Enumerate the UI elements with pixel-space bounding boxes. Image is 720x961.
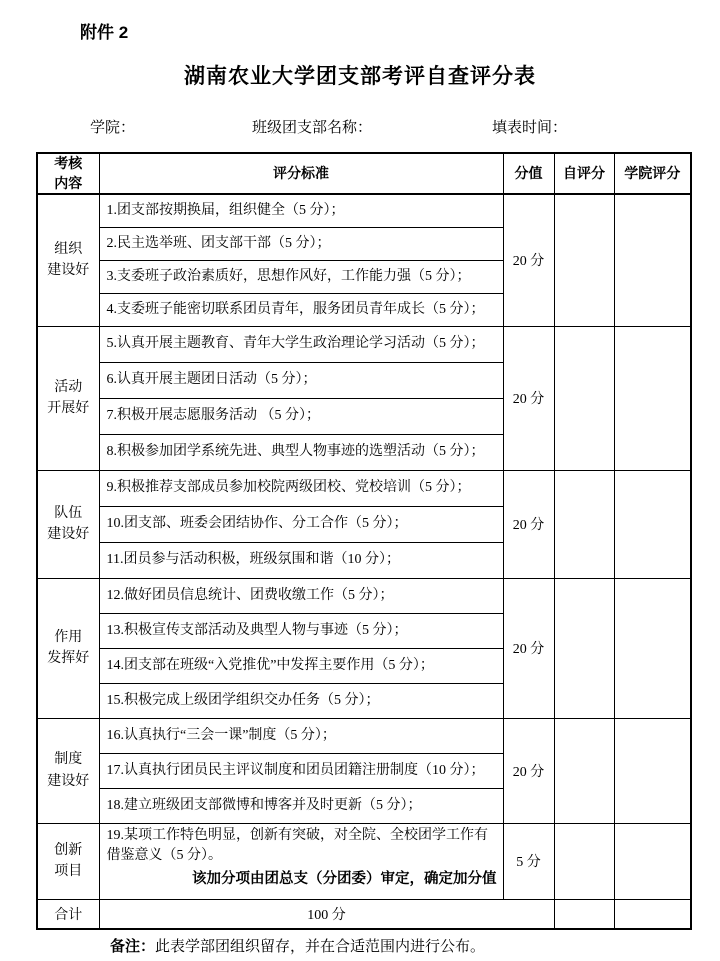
total-value: 100 分 <box>99 899 554 929</box>
score-cell: 20 分 <box>503 718 554 823</box>
criteria-cell: 19.某项工作特色明显，创新有突破，对全院、全校团学工作有借鉴意义（5 分）。 … <box>99 823 503 899</box>
table-header-row: 考核 内容 评分标准 分值 自评分 学院评分 <box>37 153 691 194</box>
college-score-cell <box>614 194 691 326</box>
self-score-cell <box>554 578 614 718</box>
college-score-cell <box>614 470 691 578</box>
category-cell: 队伍 建设好 <box>37 470 99 578</box>
remark-label: 备注： <box>110 938 155 955</box>
category-line1: 组织 <box>38 239 99 261</box>
self-score-cell <box>554 326 614 470</box>
criteria-cell: 8.积极参加团学系统先进、典型人物事迹的选塑活动（5 分）； <box>99 434 503 470</box>
category-cell: 活动 开展好 <box>37 326 99 470</box>
score-form-table: 考核 内容 评分标准 分值 自评分 学院评分 组织 建设好 1.团支部按期换届，… <box>36 152 692 930</box>
criteria-cell: 18.建立班级团支部微博和博客并及时更新（5 分）； <box>99 788 503 823</box>
criteria-cell: 10.团支部、班委会团结协作、分工合作（5 分）； <box>99 506 503 542</box>
header-criteria: 评分标准 <box>99 153 503 194</box>
self-score-cell <box>554 194 614 326</box>
category-line2: 发挥好 <box>38 648 99 670</box>
header-category-line1: 考核 <box>38 154 99 174</box>
table-row: 创新 项目 19.某项工作特色明显，创新有突破，对全院、全校团学工作有借鉴意义（… <box>37 823 691 899</box>
category-line2: 建设好 <box>38 771 99 793</box>
criteria-text: 19.某项工作特色明显，创新有突破，对全院、全校团学工作有借鉴意义（5 分）。 <box>107 826 499 867</box>
criteria-cell: 6.认真开展主题团日活动（5 分）； <box>99 362 503 398</box>
category-line2: 建设好 <box>38 260 99 282</box>
criteria-cell: 3.支委班子政治素质好，思想作风好，工作能力强（5 分）； <box>99 260 503 293</box>
criteria-cell: 14.团支部在班级“入党推优”中发挥主要作用（5 分）； <box>99 648 503 683</box>
bonus-review-note: 该加分项由团总支（分团委）审定，确定加分值 <box>107 869 499 890</box>
total-row: 合计 100 分 <box>37 899 691 929</box>
criteria-cell: 5.认真开展主题教育、青年大学生政治理论学习活动（5 分）； <box>99 326 503 362</box>
total-label: 合计 <box>37 899 99 929</box>
fill-date-field-label: 填表时间： <box>492 116 567 137</box>
table-row: 活动 开展好 5.认真开展主题教育、青年大学生政治理论学习活动（5 分）； 20… <box>37 326 691 362</box>
self-score-total-cell <box>554 899 614 929</box>
category-cell: 组织 建设好 <box>37 194 99 326</box>
self-score-cell <box>554 823 614 899</box>
remark-text: 此表学部团组织留存，并在合适范围内进行公布。 <box>155 939 485 955</box>
criteria-cell: 12.做好团员信息统计、团费收缴工作（5 分）； <box>99 578 503 613</box>
category-line1: 创新 <box>38 840 99 862</box>
college-score-cell <box>614 578 691 718</box>
table-row: 组织 建设好 1.团支部按期换届，组织健全（5 分）； 20 分 <box>37 194 691 227</box>
criteria-cell: 9.积极推荐支部成员参加校院两级团校、党校培训（5 分）； <box>99 470 503 506</box>
category-line2: 开展好 <box>38 398 99 420</box>
score-cell: 20 分 <box>503 578 554 718</box>
criteria-cell: 16.认真执行“三会一课”制度（5 分）； <box>99 718 503 753</box>
category-line2: 建设好 <box>38 524 99 546</box>
self-score-cell <box>554 718 614 823</box>
remark-note: 备注：此表学部团组织留存，并在合适范围内进行公布。 <box>110 935 485 956</box>
college-score-cell <box>614 718 691 823</box>
score-cell: 5 分 <box>503 823 554 899</box>
criteria-cell: 7.积极开展志愿服务活动 （5 分）； <box>99 398 503 434</box>
category-line1: 活动 <box>38 377 99 399</box>
criteria-cell: 17.认真执行团员民主评议制度和团员团籍注册制度（10 分）； <box>99 753 503 788</box>
college-field-label: 学院： <box>90 116 135 137</box>
category-line1: 队伍 <box>38 503 99 525</box>
table-row: 制度 建设好 16.认真执行“三会一课”制度（5 分）； 20 分 <box>37 718 691 753</box>
category-cell: 作用 发挥好 <box>37 578 99 718</box>
score-cell: 20 分 <box>503 326 554 470</box>
table-row: 作用 发挥好 12.做好团员信息统计、团费收缴工作（5 分）； 20 分 <box>37 578 691 613</box>
college-score-total-cell <box>614 899 691 929</box>
criteria-cell: 15.积极完成上级团学组织交办任务（5 分）； <box>99 683 503 718</box>
attachment-label: 附件 2 <box>80 18 128 43</box>
category-line2: 项目 <box>38 861 99 883</box>
self-score-cell <box>554 470 614 578</box>
college-score-cell <box>614 326 691 470</box>
college-score-cell <box>614 823 691 899</box>
header-score: 分值 <box>503 153 554 194</box>
criteria-cell: 2.民主选举班、团支部干部（5 分）； <box>99 227 503 260</box>
criteria-cell: 1.团支部按期换届，组织健全（5 分）； <box>99 194 503 227</box>
branch-name-field-label: 班级团支部名称： <box>252 116 372 137</box>
header-self-score: 自评分 <box>554 153 614 194</box>
category-line1: 制度 <box>38 749 99 771</box>
page-title: 湖南农业大学团支部考评自查评分表 <box>0 60 720 90</box>
criteria-cell: 13.积极宣传支部活动及典型人物与事迹（5 分）； <box>99 613 503 648</box>
criteria-cell: 11.团员参与活动积极，班级氛围和谐（10 分）； <box>99 542 503 578</box>
score-cell: 20 分 <box>503 194 554 326</box>
header-college-score: 学院评分 <box>614 153 691 194</box>
header-category-line2: 内容 <box>38 174 99 194</box>
score-cell: 20 分 <box>503 470 554 578</box>
category-line1: 作用 <box>38 627 99 649</box>
criteria-cell: 4.支委班子能密切联系团员青年，服务团员青年成长（5 分）； <box>99 293 503 326</box>
header-category: 考核 内容 <box>37 153 99 194</box>
category-cell: 创新 项目 <box>37 823 99 899</box>
table-row: 队伍 建设好 9.积极推荐支部成员参加校院两级团校、党校培训（5 分）； 20 … <box>37 470 691 506</box>
category-cell: 制度 建设好 <box>37 718 99 823</box>
